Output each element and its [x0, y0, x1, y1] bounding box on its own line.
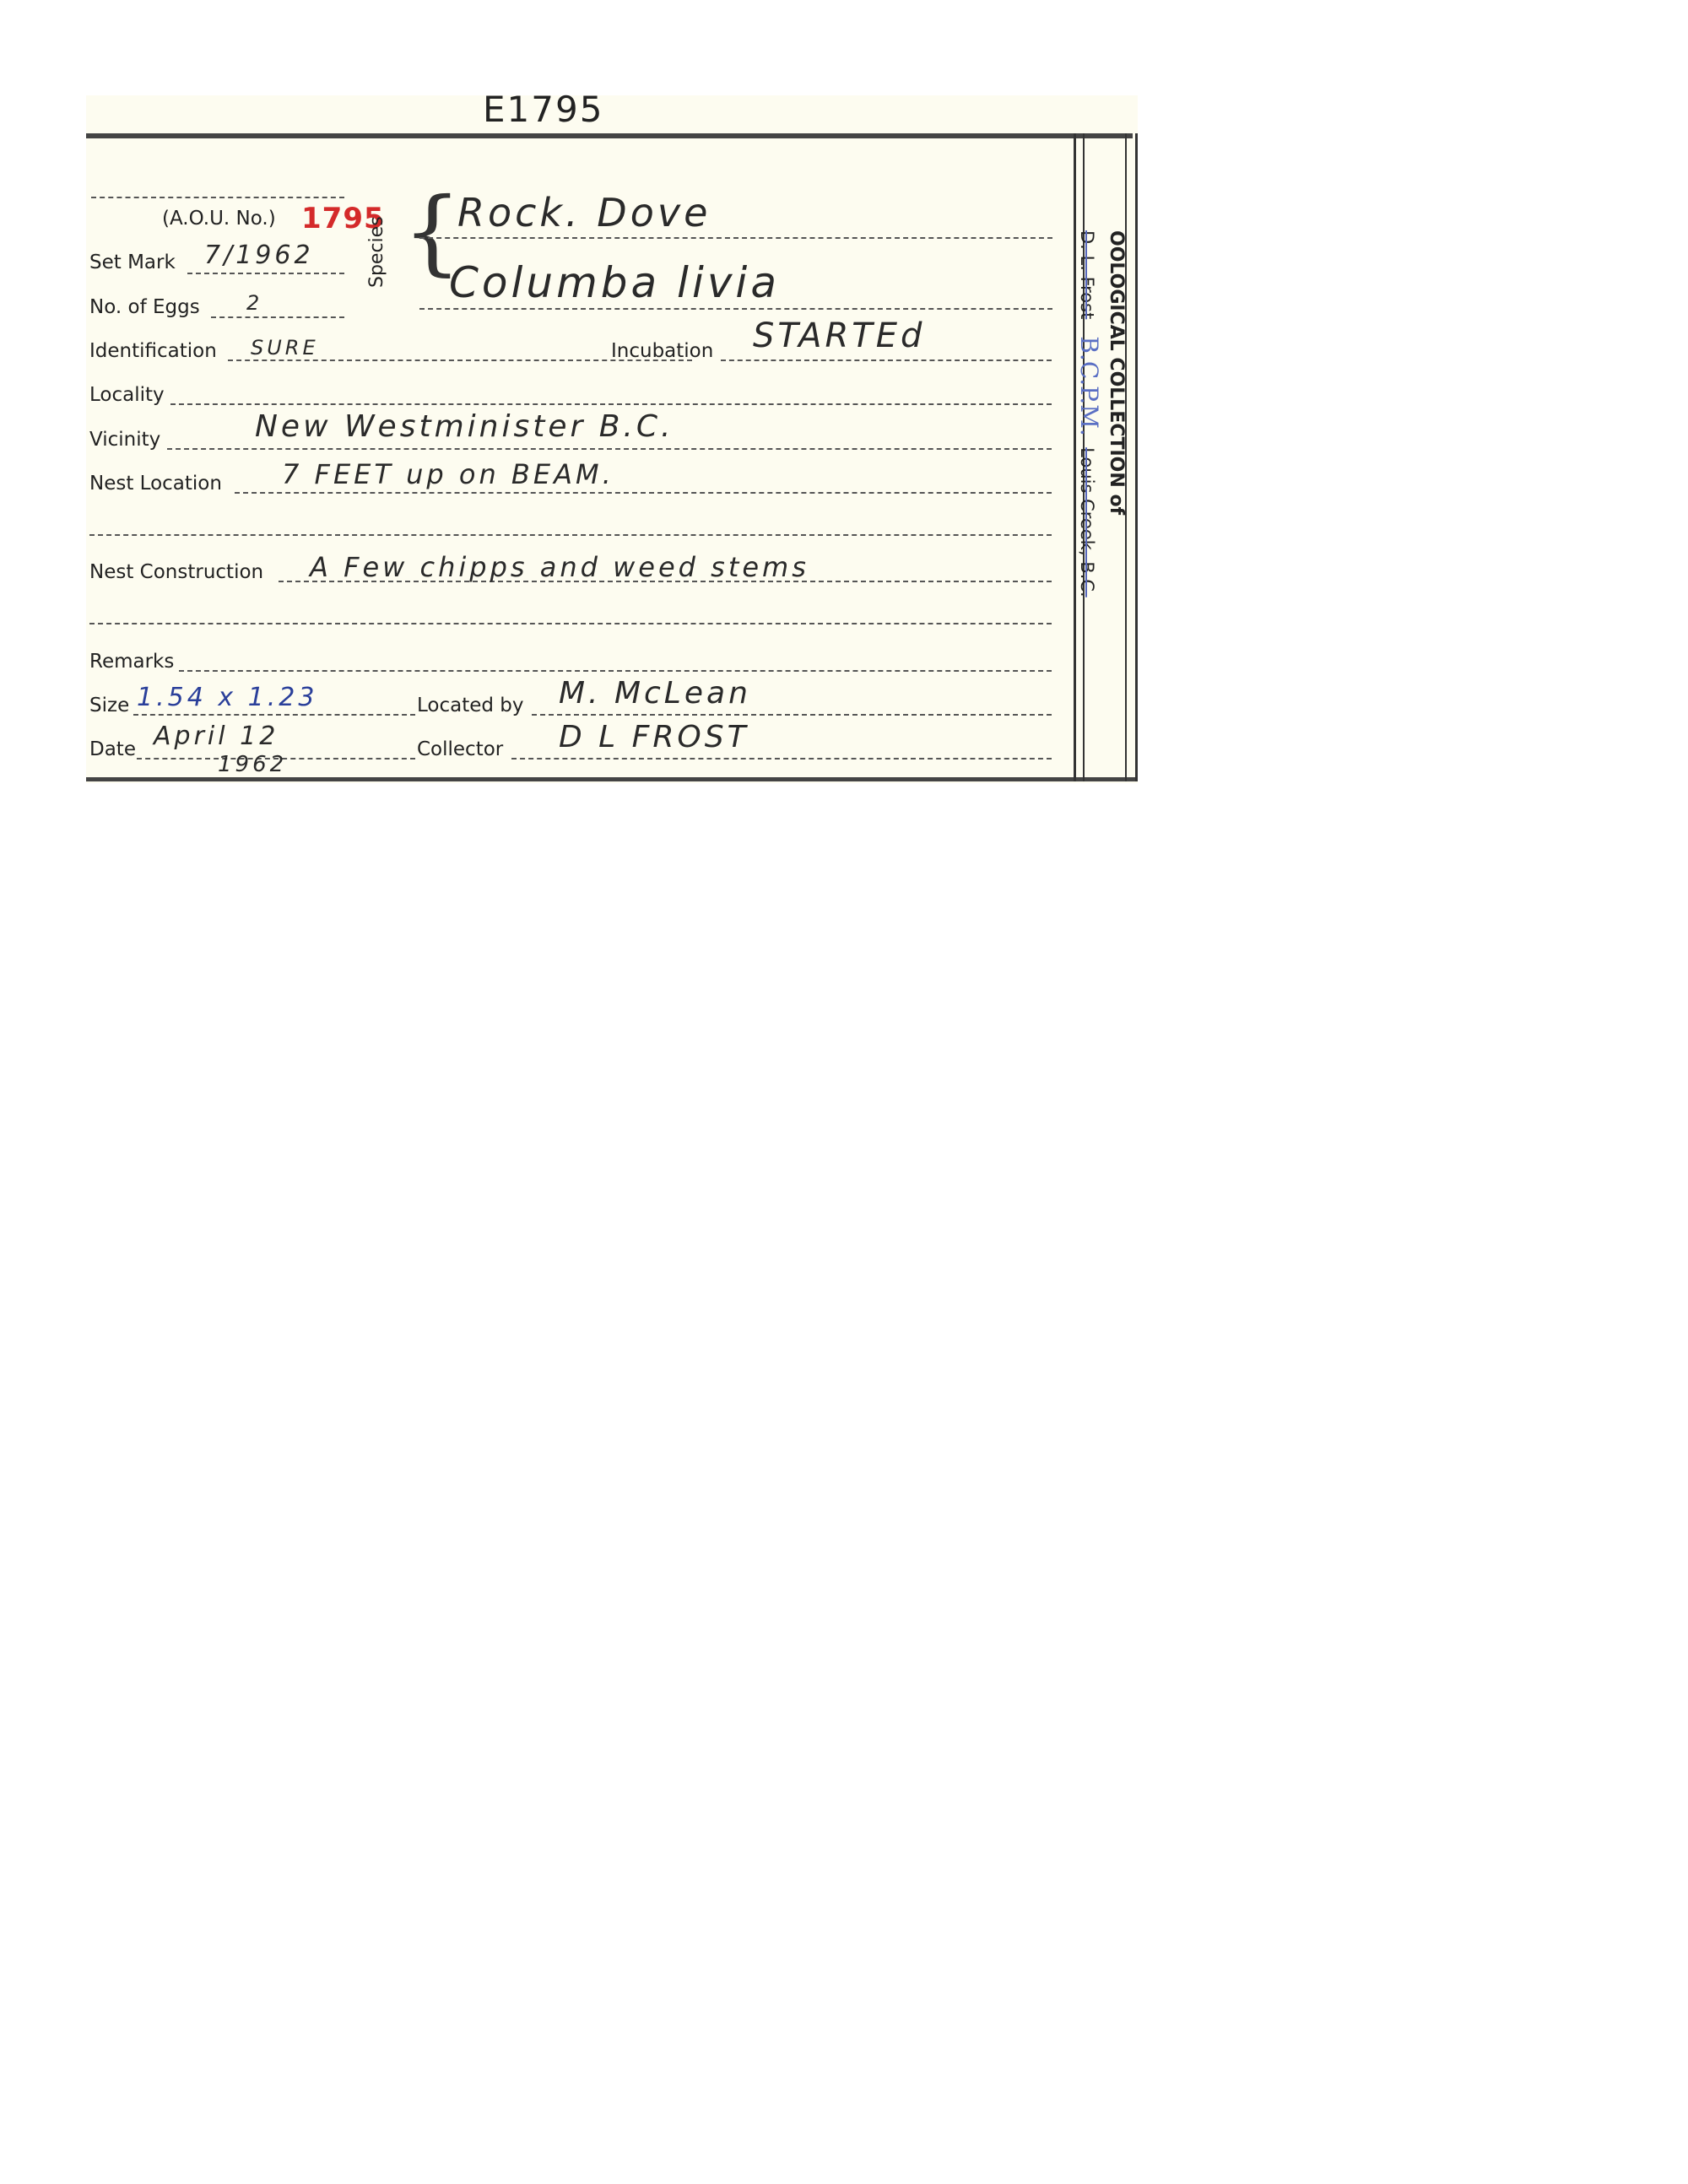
- vicinity-value: New Westminister B.C.: [255, 409, 674, 444]
- top-rule: [86, 133, 1133, 138]
- collection-title: OOLOGICAL COLLECTION of: [1106, 230, 1127, 515]
- located-by-label: Located by: [417, 695, 524, 716]
- species-scientific-line: [419, 308, 1052, 310]
- species-label: Species: [366, 216, 387, 288]
- eggs-line: [211, 316, 344, 318]
- bcpm-stamp: B.C.P.M.: [1075, 336, 1103, 435]
- set-mark-line: [187, 273, 344, 274]
- identification-value: SURE: [251, 336, 319, 359]
- aou-line: [91, 197, 344, 198]
- size-label: Size: [89, 695, 129, 716]
- eggs-value: 2: [246, 291, 262, 315]
- catalogue-number: E1795: [483, 89, 603, 130]
- date-value-line2: 1962: [218, 752, 287, 777]
- located-by-value: M. McLean: [559, 676, 751, 711]
- vicinity-line: [167, 448, 1052, 450]
- eggs-label: No. of Eggs: [89, 296, 200, 318]
- owner-struck: D. L. Frost: [1077, 230, 1097, 319]
- date-value-line1: April 12: [154, 722, 279, 751]
- date-label: Date: [89, 738, 136, 760]
- size-line: [133, 714, 415, 716]
- set-mark-label: Set Mark: [89, 251, 176, 273]
- incubation-value: STARTEd: [753, 316, 925, 355]
- collection-owner-line: D. L. Frost B.C.P.M. Louis Creek, B.C.: [1075, 230, 1103, 597]
- species-scientific-value: Columba livia: [449, 258, 780, 307]
- size-value: 1.54 x 1.23: [137, 683, 317, 712]
- locality-label: Locality: [89, 384, 165, 406]
- nest-location-label: Nest Location: [89, 473, 222, 495]
- specimen-card: E1795 (A.O.U. No.) 1795 Species { Rock. …: [86, 95, 1138, 783]
- incubation-line: [721, 359, 1052, 361]
- nest-location-line-2: [89, 534, 1052, 536]
- located-by-line: [532, 714, 1052, 716]
- identification-label: Identification: [89, 340, 217, 362]
- bottom-rule: [86, 777, 1138, 781]
- side-panel-text: OOLOGICAL COLLECTION of D. L. Frost B.C.…: [1078, 230, 1128, 703]
- species-common-value: Rock. Dove: [457, 190, 711, 235]
- species-common-line: [419, 237, 1052, 239]
- aou-label: (A.O.U. No.): [162, 208, 276, 230]
- nest-construction-line-2: [89, 623, 1052, 624]
- remarks-line: [179, 670, 1052, 672]
- remarks-label: Remarks: [89, 651, 174, 673]
- incubation-label: Incubation: [611, 340, 713, 362]
- place-struck: Louis Creek, B.C.: [1077, 447, 1097, 597]
- nest-location-value: 7 FEET up on BEAM.: [282, 458, 614, 490]
- collector-value: D L FROST: [559, 720, 749, 754]
- collector-line: [511, 758, 1052, 760]
- nest-location-line: [235, 492, 1052, 494]
- set-mark-value: 7/1962: [204, 241, 314, 270]
- nest-construction-value: A Few chipps and weed stems: [310, 551, 809, 583]
- vicinity-label: Vicinity: [89, 429, 160, 451]
- collector-label: Collector: [417, 738, 503, 760]
- locality-line: [170, 403, 1052, 405]
- nest-construction-label: Nest Construction: [89, 561, 263, 583]
